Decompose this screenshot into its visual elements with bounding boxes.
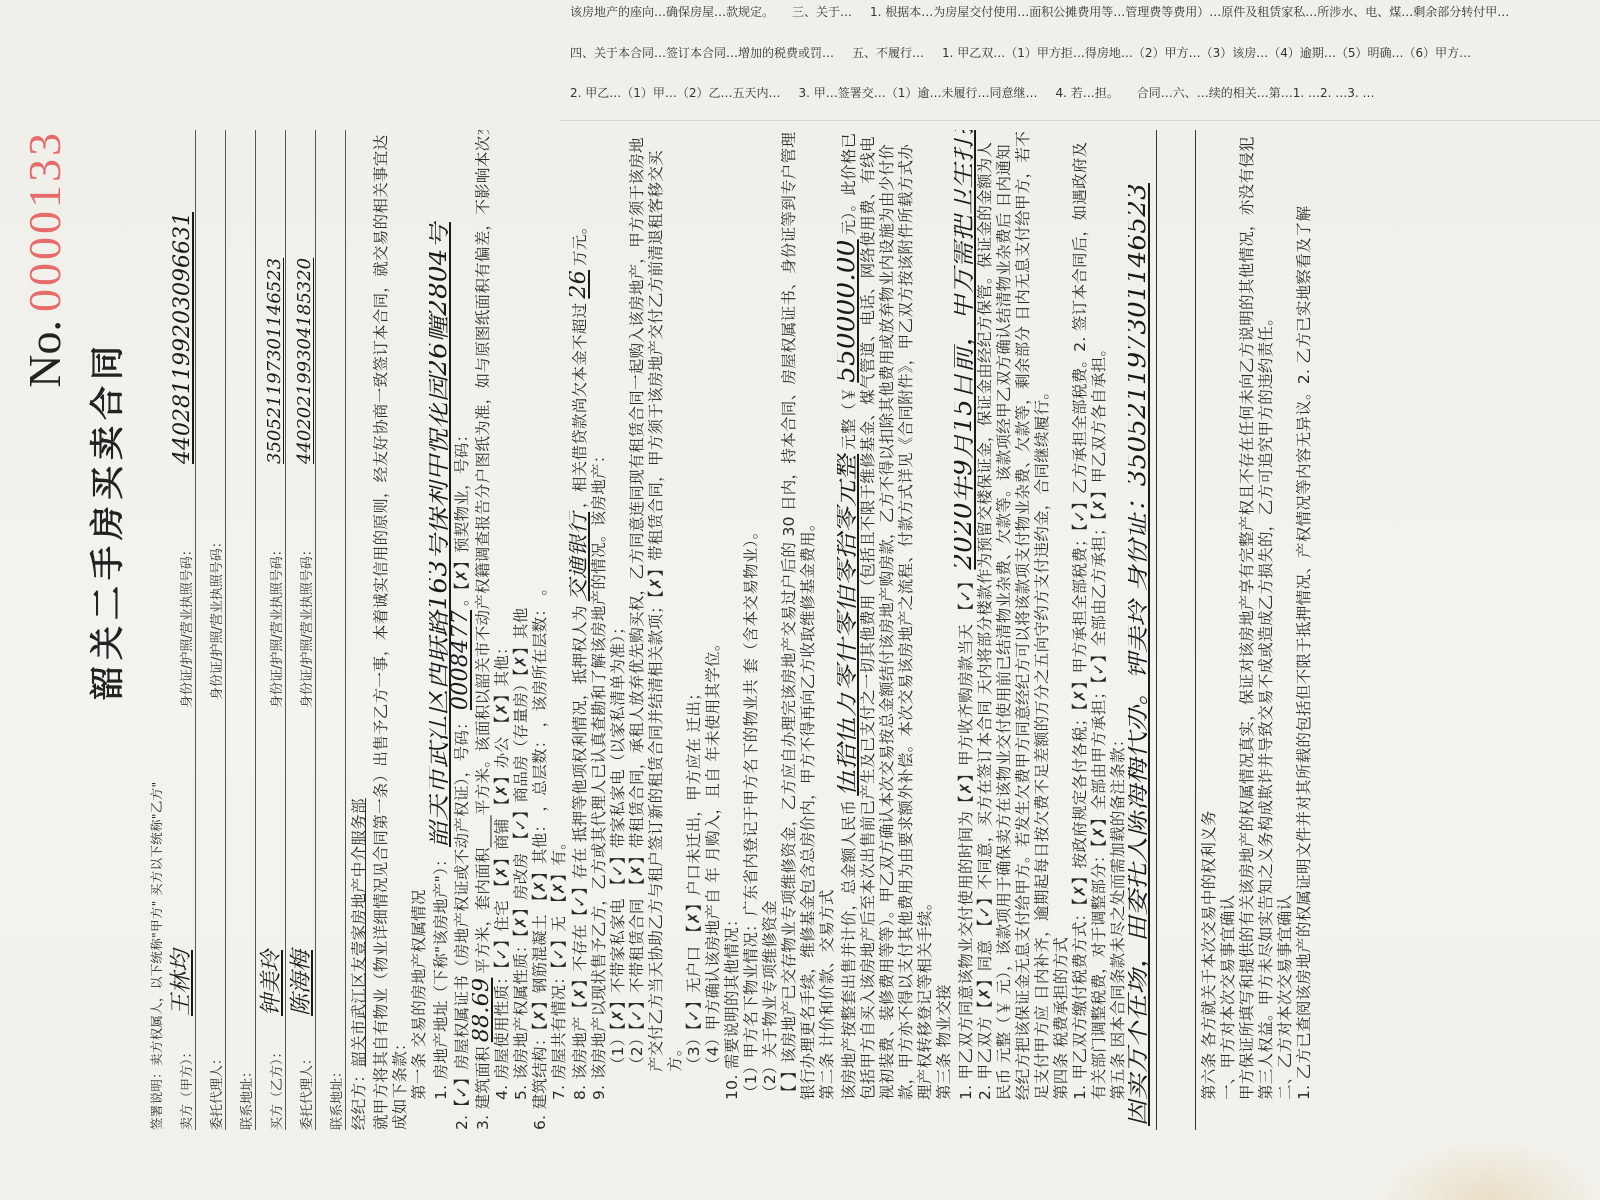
article1-item5: 5. 该房地产权属性质：【✗】房改房 【✓】商品房（存量房）【✗】其他 <box>512 130 531 1130</box>
article1-item2: 2.【✓】房屋权属证书（房地产权证或不动产权证），号码：0008477。【✗】预… <box>451 130 472 1130</box>
seller-row: 卖方（甲方）： 王林均 身份证/护照/营业执照号码： 4402811992030… <box>166 130 196 1130</box>
buyer-name: 钟美玲 <box>254 708 285 1020</box>
seller-name: 王林均 <box>164 708 195 1020</box>
buyer-agent-id: 440202199304185320 <box>294 130 315 468</box>
article1-item9-3: （3）【✓】无户口 【✗】户口未迁出，甲方应在 迁出； <box>685 130 704 1130</box>
article1-item8: 8. 该房地产【✗】不存在【✓】存在 抵押等他项权利情况，抵押权人为交通银行，相… <box>569 130 590 1130</box>
buyer-id: 350521197301146523 <box>264 130 285 468</box>
article5-remark: 因卖方不在场，由委托人陈海梅代办。钟美玲 身份证：350521197301146… <box>1128 130 1150 1130</box>
article5-heading: 第五条 因本合同条款未尽之处而需加载的备注条款： <box>1109 130 1128 1130</box>
contract-body: 韶关二手房买卖合同 签署说明：卖方权属人，以下统称"甲方" 买方以下统称"乙方"… <box>70 130 1520 1130</box>
article6-heading: 第六条 各方就关于本次交易中的权利义务 <box>1200 130 1219 1130</box>
intro-paragraph: 就甲方将其自有物业（物业详细情况见合同第一条）出售予乙方一事，本着诚实信用的原则… <box>372 130 410 1130</box>
article6-sub1-text: 甲方保证所填写和提供的有关该房地产的权属情况真实，保证对该房地产享有完整产权且不… <box>1238 130 1276 1130</box>
article6-sub1: 一、甲方对本次交易事宜确认 <box>1219 130 1238 1130</box>
next-page-text: 该房地产的座向…确保房屋…款规定。 三、关于… 1. 根据本…为房屋交付使用…面… <box>560 0 1519 24</box>
article6-sub2-text: 1. 乙方已查阅该房地产的权属证明文件并对其所载的包括但不限于抵押情况、产权情况… <box>1295 130 1314 1130</box>
article2-price: 该房地产按整套出售并计价，总金额人民币伍拾伍万零仟零佰零拾零元整元整（￥5500… <box>837 130 935 1130</box>
article1-item10-2: （2）关于物业专项维修资金 <box>761 130 780 1130</box>
article6-sub2: 二、乙方对本次交易事宜确认 <box>1276 130 1295 1130</box>
price-in-words: 伍拾伍万零仟零佰零拾零元整 <box>837 450 861 800</box>
remark-text: 因卖方不在场，由委托人陈海梅代办。钟美玲 身份证：350521197301146… <box>1128 179 1150 1130</box>
article1-item4: 4. 房屋使用性质：【✓】住宅 【✗】商铺 【✗】办公 【✗】其他： <box>493 130 512 1130</box>
certificate-number: 0008477 <box>451 606 472 714</box>
paper-stain <box>1380 1140 1600 1200</box>
article3-item1: 1. 甲乙双方同意该物业交付使用的时间为【✗】甲方收齐购房款当天 【✓】2020… <box>954 130 976 1130</box>
next-page-edge: 该房地产的座向…确保房屋…款规定。 三、关于… 1. 根据本…为房屋交付使用…面… <box>560 0 1600 121</box>
mortgagee: 交通银行 <box>569 508 590 605</box>
article3-item2: 2. 甲乙双方【✗】同意 【✓】不同意，买方在签订本合同 天内将部分楼款作为预留… <box>976 130 1052 1130</box>
divider-line <box>1156 130 1157 1130</box>
serial-value: 0000133 <box>19 130 70 312</box>
buyer-agent-row: 委托代理人： 陈海梅 身份证/护照/营业执照号码： 44020219930418… <box>286 130 316 1130</box>
serial-number: No.0000133 <box>18 130 71 388</box>
contract-page: No.0000133 韶关二手房买卖合同 签署说明：卖方权属人，以下统称"甲方"… <box>0 0 1600 1200</box>
buyer-row: 买方（乙方）： 钟美玲 身份证/护照/营业执照号码： 3505211973011… <box>256 130 286 1130</box>
article1-item9-2: （2）【✓】不带租赁合同 【✗】带租赁合同，承租人放弃优先购买权，乙方同意连同现… <box>628 130 685 1130</box>
article1-item10-1: （1）甲方名下物业情况：广东省内登记于甲方名下的物业共 套（含本交易物业）。 <box>742 130 761 1130</box>
divider-line-2 <box>1195 130 1196 1130</box>
agency-row: 经纪方：韶关市武江区友壹家房地产中介服务部 <box>350 130 369 1130</box>
serial-prefix: No. <box>19 320 70 388</box>
article1-item3: 3. 建筑面积88.69平方米，套内面积____平方米。该面积以韶关市不动产权籍… <box>472 130 493 1130</box>
price-number: 550000.00 <box>837 235 861 386</box>
article3-heading: 第三条 物业交接 <box>935 130 954 1130</box>
article1-item9-4: （4）甲方确认该房地产自 年 月购入，且自 年未使用其学位。 <box>704 130 723 1130</box>
seller-id: 440281199203096631 <box>170 130 195 468</box>
article1-item9-1: （1）【✗】不带家私家电 【✓】带家私家电（以家私清单为准）； <box>609 130 628 1130</box>
agency-name: 韶关市武江区友壹家房地产中介服务部 <box>350 798 368 1067</box>
article4-heading: 第四条 税费承担的方式 <box>1052 130 1071 1130</box>
handover-date: 2020年9月15日前，甲方需把卫生打扫 <box>954 130 976 574</box>
article2-heading: 第二条 计价和价款、交易方式 <box>818 130 837 1130</box>
article1-item10-3: 【 】该房地产已交存物业专项维修资金，乙方应自办理完该房地产交易过户后的 30 … <box>780 130 818 1130</box>
article1-heading: 第一条 交易的房地产权属情况 <box>410 130 429 1130</box>
building-area: 88.69 <box>472 974 493 1046</box>
seller-agent-row: 委托代理人： 身份证/护照/营业执照号码： <box>196 130 226 1130</box>
buyer-agent-name: 陈海梅 <box>284 708 315 1020</box>
property-address: 韶关市武江区西联路163号保利中悦花园26幢2804号 <box>429 218 451 851</box>
article1-item1: 1. 房地产地址（下称"该房地产"）：韶关市武江区西联路163号保利中悦花园26… <box>429 130 451 1130</box>
article1-item6: 6. 建筑结构：【✗】钢筋混凝土 【✗】其他： ，总层数： ，该房所在层数： 。 <box>531 130 550 1130</box>
contact-address2-row: 联系地址： <box>316 130 346 1130</box>
page-title: 韶关二手房买卖合同 <box>80 130 129 910</box>
contact-address-row: 联系地址： <box>226 130 256 1130</box>
article1-item7: 7. 房屋共有情况：【✓】无 【✗】有。 <box>550 130 569 1130</box>
article4-item1: 1. 甲乙双方缴付税费方式：【✗】按政府规定各付各税；【✗】甲方承担全部税费；【… <box>1071 130 1109 1130</box>
loan-amount: 26 <box>569 266 590 303</box>
article1-item9: 9. 该房地产以现状售予乙方，乙方或其代理人已认真查勘和了解该房地产的情况。该房… <box>590 130 609 1130</box>
article1-item10: 10. 需要说明的其他情况： <box>723 130 742 1130</box>
